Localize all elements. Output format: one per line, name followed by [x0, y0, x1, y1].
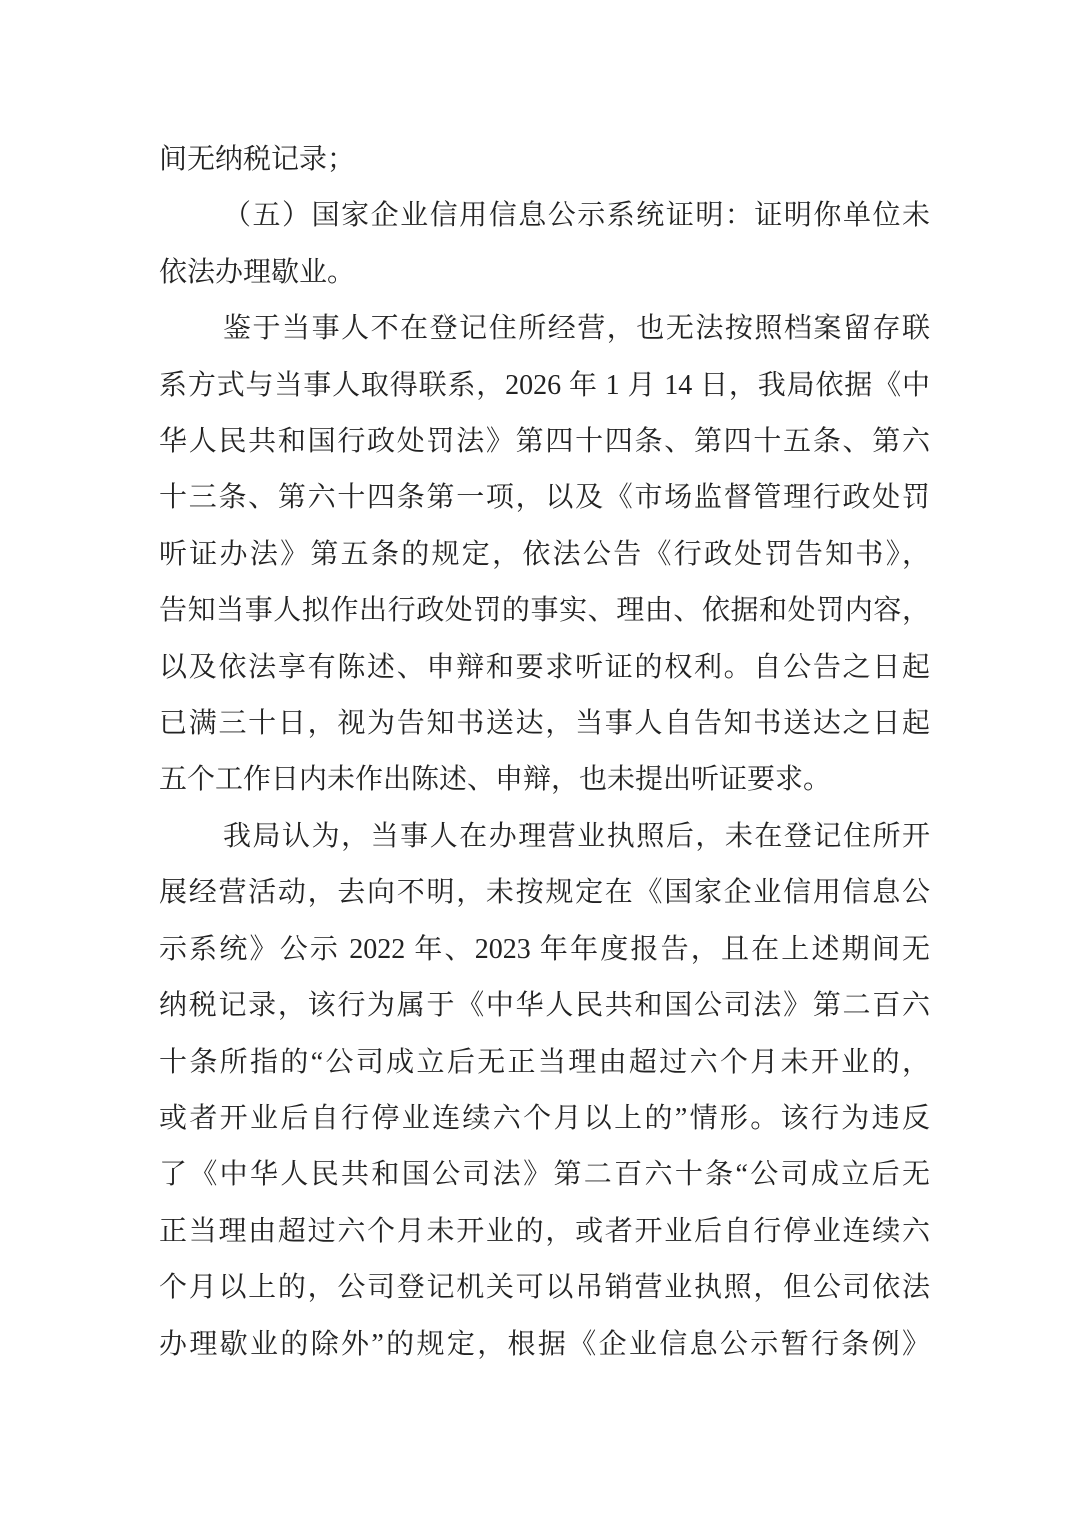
- document-text-block: 间无纳税记录； （五）国家企业信用信息公示系统证明：证明你单位未 依法办理歇业。…: [159, 132, 930, 1373]
- document-line: 华人民共和国行政处罚法》第四十四条、第四十五条、第六: [159, 414, 930, 470]
- document-line: 个月以上的，公司登记机关可以吊销营业执照，但公司依法: [159, 1260, 930, 1316]
- document-line: 十条所指的“公司成立后无正当理由超过六个月未开业的，: [159, 1035, 930, 1091]
- document-line: 听证办法》第五条的规定，依法公告《行政处罚告知书》，: [159, 527, 930, 583]
- document-line: 十三条、第六十四条第一项，以及《市场监督管理行政处罚: [159, 470, 930, 526]
- document-line: （五）国家企业信用信息公示系统证明：证明你单位未: [159, 188, 930, 244]
- document-line: 或者开业后自行停业连续六个月以上的”情形。该行为违反: [159, 1091, 930, 1147]
- document-line: 了《中华人民共和国公司法》第二百六十条“公司成立后无: [159, 1147, 930, 1203]
- document-line: 示系统》公示 2022 年、2023 年年度报告，且在上述期间无: [159, 922, 930, 978]
- document-line: 已满三十日，视为告知书送达，当事人自告知书送达之日起: [159, 696, 930, 752]
- document-line: 正当理由超过六个月未开业的，或者开业后自行停业连续六: [159, 1204, 930, 1260]
- document-line: 告知当事人拟作出行政处罚的事实、理由、依据和处罚内容，: [159, 583, 930, 639]
- document-line: 纳税记录，该行为属于《中华人民共和国公司法》第二百六: [159, 978, 930, 1034]
- document-page: 间无纳税记录； （五）国家企业信用信息公示系统证明：证明你单位未 依法办理歇业。…: [0, 0, 1074, 1520]
- document-line: 以及依法享有陈述、申辩和要求听证的权利。自公告之日起: [159, 640, 930, 696]
- document-line: 系方式与当事人取得联系，2026 年 1 月 14 日，我局依据《中: [159, 358, 930, 414]
- document-line: 展经营活动，去向不明，未按规定在《国家企业信用信息公: [159, 865, 930, 921]
- document-line: 我局认为，当事人在办理营业执照后，未在登记住所开: [159, 809, 930, 865]
- document-line: 鉴于当事人不在登记住所经营，也无法按照档案留存联: [159, 301, 930, 357]
- document-line: 间无纳税记录；: [159, 132, 930, 188]
- document-line: 办理歇业的除外”的规定，根据《企业信息公示暂行条例》: [159, 1317, 930, 1373]
- document-line: 依法办理歇业。: [159, 245, 930, 301]
- document-line: 五个工作日内未作出陈述、申辩，也未提出听证要求。: [159, 752, 930, 808]
